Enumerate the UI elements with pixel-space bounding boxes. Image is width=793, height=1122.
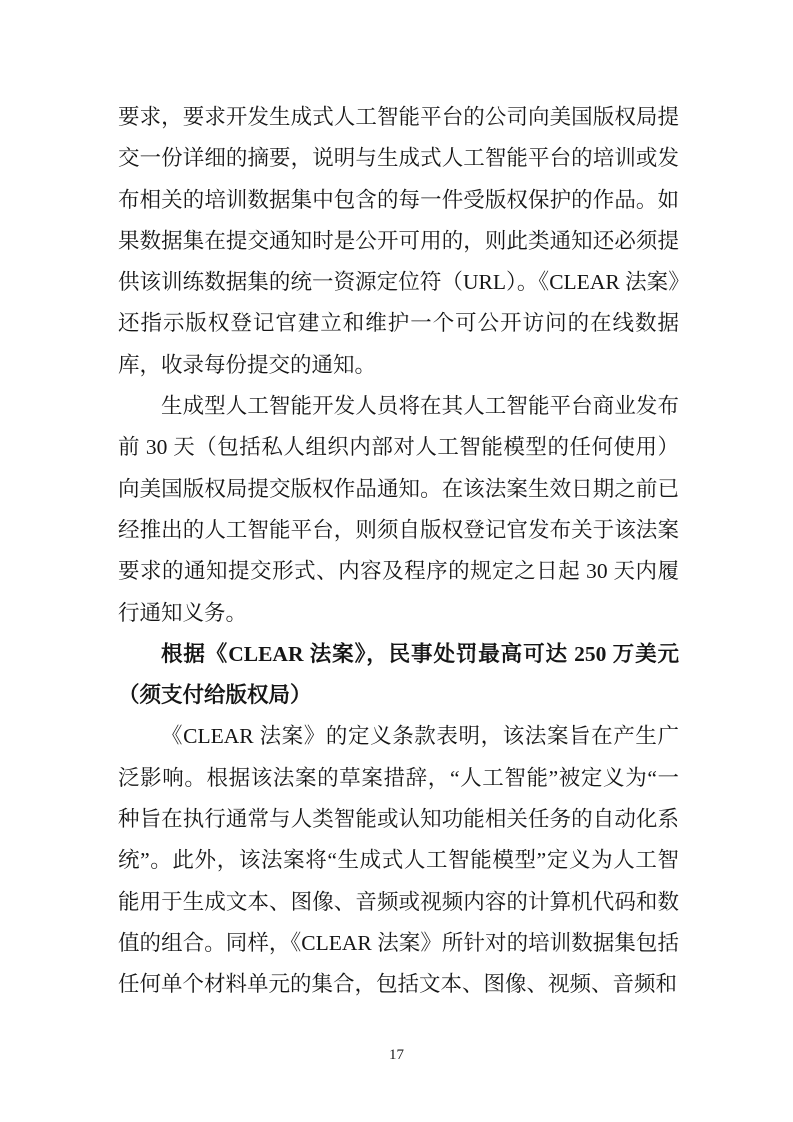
- section-heading-civil-penalty: 根据《CLEAR 法案》，民事处罚最高可达 250 万美元（须支付给版权局）: [118, 634, 679, 717]
- paragraph-clear-act-definitions: 《CLEAR 法案》的定义条款表明，该法案旨在产生广泛影响。根据该法案的草案措辞…: [118, 716, 679, 1005]
- page-number: 17: [0, 1046, 793, 1064]
- page-body: 要求，要求开发生成式人工智能平台的公司向美国版权局提交一份详细的摘要，说明与生成…: [118, 97, 679, 1006]
- paragraph-developer-notice-obligation: 生成型人工智能开发人员将在其人工智能平台商业发布前 30 天（包括私人组织内部对…: [118, 386, 679, 634]
- document-page: 要求，要求开发生成式人工智能平台的公司向美国版权局提交一份详细的摘要，说明与生成…: [0, 0, 793, 1122]
- paragraph-continuation-registration-requirement: 要求，要求开发生成式人工智能平台的公司向美国版权局提交一份详细的摘要，说明与生成…: [118, 97, 679, 386]
